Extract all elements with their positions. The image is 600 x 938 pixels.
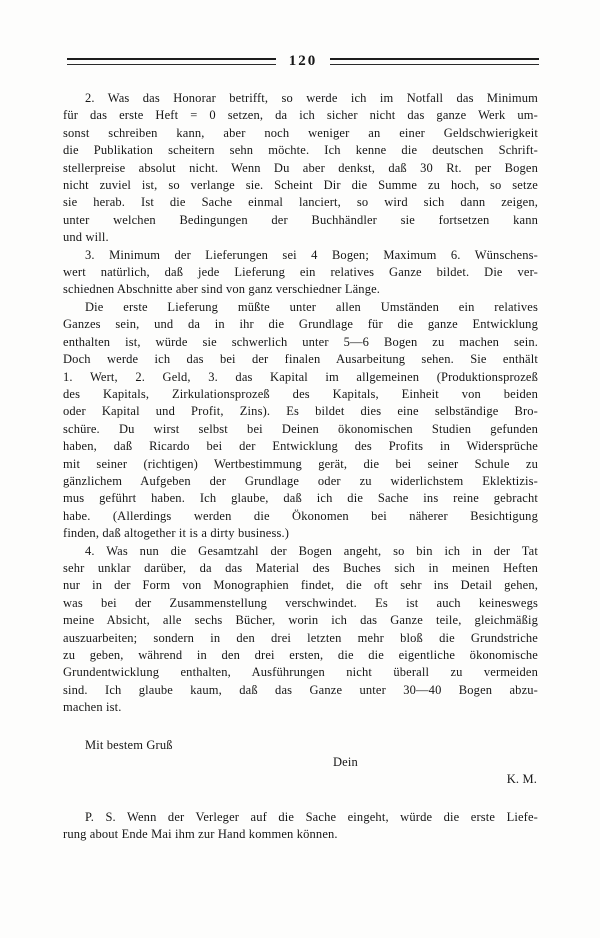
text-line: gänzlichem Aufgeben der Grundlage oder z…: [63, 473, 538, 490]
text-line: wert natürlich, daß jede Lieferung ein r…: [63, 264, 538, 281]
page-number: 120: [289, 52, 318, 70]
text-line: habe. (Allerdings werden die Ökonomen be…: [63, 508, 538, 525]
text-line: enthalten ist, würde sie schwerlich unte…: [63, 334, 538, 351]
text-line: meine Absicht, alle sechs Bücher, worin …: [63, 612, 538, 629]
paragraph: 3. Minimum der Lieferungen sei 4 Bogen; …: [63, 247, 538, 299]
text-line: des Kapitals, Zirkulationsprozeß des Kap…: [63, 386, 538, 403]
paragraph: 4. Was nun die Gesamtzahl der Bogen ange…: [63, 543, 538, 717]
header-rule-right: [330, 58, 539, 65]
text-line: 2. Was das Honorar betrifft, so werde ic…: [63, 90, 538, 107]
text-line: unter welchen Bedingungen der Buchhändle…: [63, 212, 538, 229]
text-line: nicht zuviel ist, so verlange sie. Schei…: [63, 177, 538, 194]
postscript: P. S. Wenn der Verleger auf die Sache ei…: [63, 809, 538, 844]
text-line: die Publikation scheitern sehn möchte. I…: [63, 142, 538, 159]
text-line: mit seiner (richtigen) Wertbestimmung ge…: [63, 456, 538, 473]
text-line: auszuarbeiten; sondern in den drei letzt…: [63, 630, 538, 647]
signature: K. M.: [63, 771, 538, 788]
text-line: schüre. Du wirst selbst bei Deinen ökono…: [63, 421, 538, 438]
text-line: schiednen Abschnitte aber sind von ganz …: [63, 281, 538, 298]
letter-closing: Mit bestem Gruß Dein K. M.: [63, 737, 538, 789]
header-rule-left: [67, 58, 276, 65]
paragraph: 2. Was das Honorar betrifft, so werde ic…: [63, 90, 538, 247]
text-line: sonst schreiben kann, aber noch weniger …: [63, 125, 538, 142]
closing-valediction: Dein: [63, 754, 538, 771]
text-line: P. S. Wenn der Verleger auf die Sache ei…: [63, 809, 538, 826]
text-line: mus geführt haben. Ich glaube, daß ich d…: [63, 490, 538, 507]
text-line: stellerpreise absolut nicht. Wenn Du abe…: [63, 160, 538, 177]
text-line: haben, daß Ricardo bei der Entwicklung d…: [63, 438, 538, 455]
text-line: oder Kapital und Profit, Zins). Es bilde…: [63, 403, 538, 420]
paragraph: P. S. Wenn der Verleger auf die Sache ei…: [63, 809, 538, 844]
text-line: zu geben, während in den drei ersten, di…: [63, 647, 538, 664]
text-line: Die erste Lieferung müßte unter allen Um…: [63, 299, 538, 316]
text-line: sie herab. Ist die Sache einmal lanciert…: [63, 194, 538, 211]
text-line: Doch werde ich das bei der finalen Ausar…: [63, 351, 538, 368]
text-line: Grundentwicklung enthalten, Ausführungen…: [63, 664, 538, 681]
text-line: 3. Minimum der Lieferungen sei 4 Bogen; …: [63, 247, 538, 264]
text-line: 4. Was nun die Gesamtzahl der Bogen ange…: [63, 543, 538, 560]
text-line: finden, daß altogether it is a dirty bus…: [63, 525, 538, 542]
paragraph: Die erste Lieferung müßte unter allen Um…: [63, 299, 538, 543]
text-line: sehr unklar darüber, da das Material des…: [63, 560, 538, 577]
page-header: 120: [67, 52, 539, 70]
text-line: machen ist.: [63, 699, 538, 716]
book-page: 120 2. Was das Honorar betrifft, so werd…: [0, 0, 600, 938]
text-line: rung about Ende Mai ihm zur Hand kommen …: [63, 826, 538, 843]
text-line: für das erste Heft = 0 setzen, da ich si…: [63, 107, 538, 124]
text-line: nur in der Form von Monographien findet,…: [63, 577, 538, 594]
text-line: und will.: [63, 229, 538, 246]
closing-salutation: Mit bestem Gruß: [63, 737, 538, 754]
text-line: was bei der Zusammenstellung verschwinde…: [63, 595, 538, 612]
letter-paragraphs: 2. Was das Honorar betrifft, so werde ic…: [63, 90, 538, 717]
text-line: sind. Ich glaube kaum, daß das Ganze unt…: [63, 682, 538, 699]
letter-body: 2. Was das Honorar betrifft, so werde ic…: [63, 90, 538, 844]
text-line: Ganzes sein, und da in ihr die Grundlage…: [63, 316, 538, 333]
text-line: 1. Wert, 2. Geld, 3. das Kapital im allg…: [63, 369, 538, 386]
